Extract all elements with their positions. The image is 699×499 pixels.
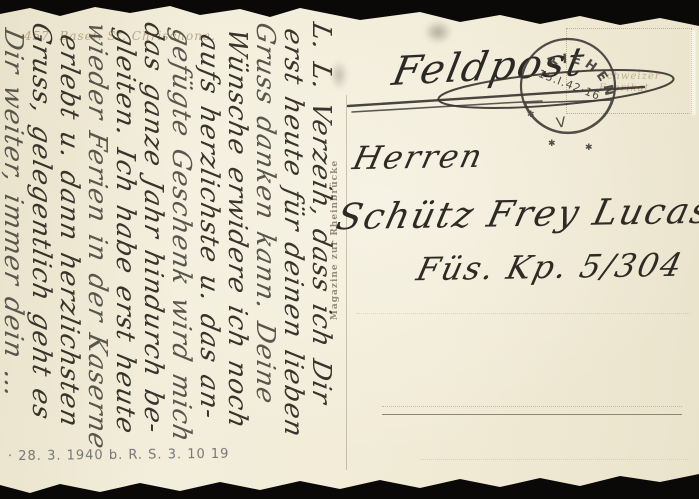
feldpost-script: Feldpost — [388, 39, 589, 95]
message-line: Gruss, gelegentlich geht es — [27, 20, 55, 486]
address-ruled-line — [420, 459, 688, 460]
stamp-box-print: Schweizer Fabrikat. — [599, 71, 661, 95]
message-line: L. L. Verzeih, dass ich Dir — [307, 20, 335, 486]
scan-edge-highlight — [691, 30, 696, 115]
message-line: gefügte Geschenk wird mich — [167, 26, 195, 486]
message-line: erlebt u. dann herzlichsten — [55, 32, 83, 486]
address-ruled-line — [382, 414, 682, 415]
message-line: Wünsche erwidere ich noch — [223, 26, 251, 486]
stamp-box-line1: Schweizer — [599, 71, 661, 83]
message-line: Gruss danken kann. Deine — [251, 20, 279, 486]
message-line: das ganze Jahr hindurch be- — [139, 20, 167, 486]
postcard-scan: 457. Basel. St. Chrischona. Magazine zur… — [0, 0, 699, 499]
address-unit: Füs. Kp. 5/304 — [413, 246, 687, 289]
address-ruled-line — [356, 313, 690, 314]
message-line: Dir weiter, immer dein … — [0, 26, 27, 486]
collector-date-stamp: · 28. 3. 1940 b. R. S. 3. 10 19 — [8, 447, 230, 464]
address-name: Schütz Frey Lucas — [332, 191, 699, 238]
postcard-paper: 457. Basel. St. Chrischona. Magazine zur… — [0, 0, 699, 499]
message-line: wieder Ferien in der Kaserne — [83, 20, 111, 486]
handwritten-message: L. L. Verzeih, dass ich Dir erst heute f… — [0, 20, 335, 480]
card-divider-line — [346, 95, 347, 470]
message-line: gleiten. Ich habe erst heute — [111, 26, 139, 486]
stamp-box: Schweizer Fabrikat. — [566, 28, 692, 114]
message-line: erst heute für deinen lieben — [279, 26, 307, 486]
address-ruled-line — [382, 406, 682, 407]
ink-smudge — [330, 60, 348, 90]
address-salutation: Herren — [349, 137, 487, 177]
stamp-box-line2: Fabrikat. — [599, 83, 661, 95]
message-line: aufs herzlichste u. das an- — [195, 32, 223, 486]
ink-smudge — [424, 20, 452, 44]
